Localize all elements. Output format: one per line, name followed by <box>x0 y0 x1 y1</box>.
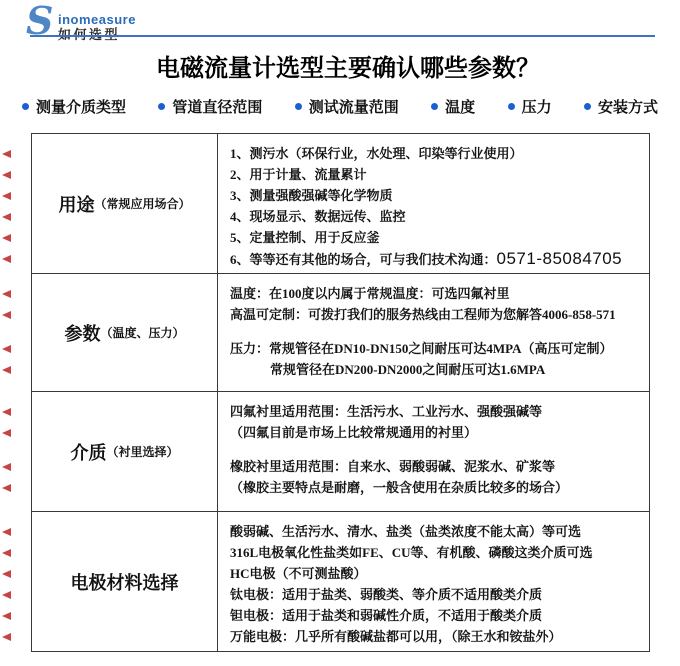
content-line: 2、用于计量、流量累计 <box>230 164 643 185</box>
content-line: 酸弱碱、生活污水、清水、盐类（盐类浓度不能太高）等可选 <box>230 521 643 542</box>
criteria-label: 压力 <box>522 96 552 117</box>
content-line: 高温可定制：可拨打我们的服务热线由工程师为您解答4006-858-571 <box>230 304 643 325</box>
changed-line-mark-icon <box>2 290 11 298</box>
criteria-label: 管道直径范围 <box>172 96 262 117</box>
bullet-dot-icon <box>295 103 302 110</box>
header-divider <box>30 35 655 37</box>
row-label-cell: 用途（常规应用场合） <box>32 134 218 273</box>
content-line: 常规管径在DN200-DN2000之间耐压可达1.6MPA <box>270 359 643 380</box>
criteria-label: 测量介质类型 <box>36 96 126 117</box>
content-line: 钽电极：适用于盐类和弱碱性介质，不适用于酸类介质 <box>230 605 643 626</box>
row-label: 参数 <box>64 320 100 346</box>
page-title: 电磁流量计选型主要确认哪些参数？ <box>18 48 678 83</box>
changed-line-mark-icon <box>2 345 11 353</box>
content-line: 钛电极：适用于盐类、弱酸类、等介质不适用酸类介质 <box>230 584 643 605</box>
criteria-item: 安装方式 <box>584 96 658 117</box>
page: S inomeasure 如何选型 电磁流量计选型主要确认哪些参数？ 测量介质类… <box>0 0 680 666</box>
content-line: 1、测污水（环保行业，水处理、印染等行业使用） <box>230 143 643 164</box>
criteria-item: 测量介质类型 <box>22 96 126 117</box>
content-line: 4、现场显示、数据远传、监控 <box>230 206 643 227</box>
changed-line-mark-icon <box>2 484 11 492</box>
row-label-note: （常规应用场合） <box>94 195 190 212</box>
row-content-cell: 酸弱碱、生活污水、清水、盐类（盐类浓度不能太高）等可选316L电极氧化性盐类如F… <box>218 512 649 651</box>
bullet-dot-icon <box>158 103 165 110</box>
content-line: 四氟衬里适用范围：生活污水、工业污水、强酸强碱等 <box>230 401 643 422</box>
content-line: 万能电极：几乎所有酸碱盐都可以用，（除王水和铵盐外） <box>230 626 643 647</box>
changed-line-mark-icon <box>2 192 11 200</box>
phone-number: 0571-85084705 <box>497 249 623 268</box>
bullet-dot-icon <box>22 103 29 110</box>
selection-table: 用途（常规应用场合）1、测污水（环保行业，水处理、印染等行业使用）2、用于计量、… <box>31 133 650 652</box>
changed-line-mark-icon <box>2 528 11 536</box>
changed-line-mark-icon <box>2 213 11 221</box>
changed-line-mark-icon <box>2 150 11 158</box>
changed-line-mark-icon <box>2 429 11 437</box>
changed-line-mark-icon <box>2 311 11 319</box>
bullet-dot-icon <box>584 103 591 110</box>
criteria-item: 管道直径范围 <box>158 96 262 117</box>
criteria-label: 测试流量范围 <box>309 96 399 117</box>
row-label-cell: 参数（温度、压力） <box>32 274 218 391</box>
table-row: 电极材料选择酸弱碱、生活污水、清水、盐类（盐类浓度不能太高）等可选316L电极氧… <box>32 512 649 651</box>
content-line: 316L电极氧化性盐类如FE、CU等、有机酸、磷酸这类介质可选 <box>230 542 643 563</box>
changed-line-mark-icon <box>2 463 11 471</box>
content-line: 6、等等还有其他的场合，可与我们技术沟通：0571-85084705 <box>230 248 643 270</box>
changed-line-mark-icon <box>2 234 11 242</box>
changed-line-mark-icon <box>2 612 11 620</box>
row-content-cell: 1、测污水（环保行业，水处理、印染等行业使用）2、用于计量、流量累计3、测量强酸… <box>218 134 649 273</box>
content-line: （橡胶主要特点是耐磨，一般含使用在杂质比较多的场合） <box>230 477 643 498</box>
row-label: 用途 <box>58 191 94 217</box>
content-line: （四氟目前是市场上比较常规通用的衬里） <box>230 422 643 443</box>
criteria-label: 温度 <box>445 96 475 117</box>
criteria-label: 安装方式 <box>598 96 658 117</box>
table-row: 参数（温度、压力）温度：在100度以内属于常规温度：可选四氟衬里高温可定制：可拨… <box>32 274 649 392</box>
row-label-note: （温度、压力） <box>100 324 184 341</box>
row-content-cell: 四氟衬里适用范围：生活污水、工业污水、强酸强碱等（四氟目前是市场上比较常规通用的… <box>218 392 649 511</box>
table-row: 介质（衬里选择）四氟衬里适用范围：生活污水、工业污水、强酸强碱等（四氟目前是市场… <box>32 392 649 512</box>
content-line: 温度：在100度以内属于常规温度：可选四氟衬里 <box>230 283 643 304</box>
content-line: 橡胶衬里适用范围：自来水、弱酸弱碱、泥浆水、矿浆等 <box>230 456 643 477</box>
content-line: 压力：常规管径在DN10-DN150之间耐压可达4MPA（高压可定制） <box>230 338 643 359</box>
content-line: 5、定量控制、用于反应釜 <box>230 227 643 248</box>
changed-line-mark-icon <box>2 591 11 599</box>
criteria-row: 测量介质类型管道直径范围测试流量范围温度压力安装方式 <box>22 96 658 117</box>
row-label-note: （衬里选择） <box>106 443 178 460</box>
content-line: HC电极（不可测盐酸） <box>230 563 643 584</box>
bullet-dot-icon <box>508 103 515 110</box>
row-label-cell: 介质（衬里选择） <box>32 392 218 511</box>
table-row: 用途（常规应用场合）1、测污水（环保行业，水处理、印染等行业使用）2、用于计量、… <box>32 134 649 274</box>
changed-line-mark-icon <box>2 408 11 416</box>
brand-subtitle: 如何选型 <box>58 24 120 43</box>
row-label: 电极材料选择 <box>71 569 179 595</box>
changed-line-mark-icon <box>2 366 11 374</box>
changed-line-mark-icon <box>2 171 11 179</box>
criteria-item: 测试流量范围 <box>295 96 399 117</box>
changed-line-mark-icon <box>2 633 11 641</box>
row-label: 介质 <box>70 439 106 465</box>
changed-line-mark-icon <box>2 255 11 263</box>
row-label-cell: 电极材料选择 <box>32 512 218 651</box>
changed-line-mark-icon <box>2 570 11 578</box>
criteria-item: 温度 <box>431 96 475 117</box>
line-spacer <box>230 325 643 338</box>
row-content-cell: 温度：在100度以内属于常规温度：可选四氟衬里高温可定制：可拨打我们的服务热线由… <box>218 274 649 391</box>
content-line: 3、测量强酸强碱等化学物质 <box>230 185 643 206</box>
line-spacer <box>230 443 643 456</box>
changed-line-mark-icon <box>2 549 11 557</box>
criteria-item: 压力 <box>508 96 552 117</box>
bullet-dot-icon <box>431 103 438 110</box>
